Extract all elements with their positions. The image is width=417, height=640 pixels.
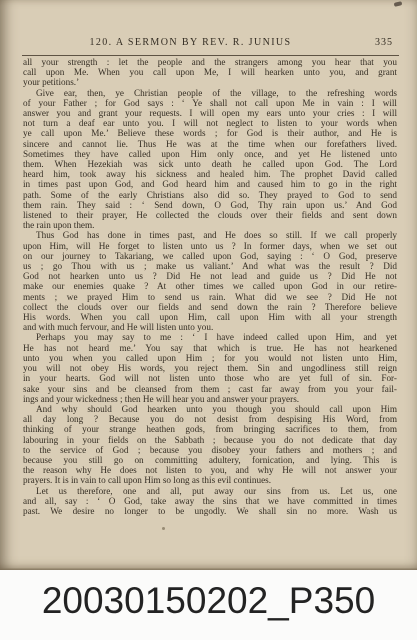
- scanned-page-image: 120. A SERMON BY REV. R. JUNIUS 335 all …: [0, 0, 417, 640]
- text-line: sincere and cannot lie. Thus He was at t…: [23, 139, 397, 149]
- text-line: make our enemies quake ? At other times …: [23, 281, 397, 291]
- text-line: because you still go on committing adult…: [23, 455, 397, 465]
- text-line: and with much fervour, and He will liste…: [23, 322, 397, 332]
- text-line: and all, say : ‘ O God, take away the si…: [23, 496, 397, 506]
- text-line: ye call upon Me.’ Believe these words ; …: [23, 128, 397, 138]
- scan-id-caption: 20030150202_P350: [42, 580, 375, 622]
- text-line: Thus God has done in times past, and He …: [23, 230, 397, 240]
- paper-speck-icon: [394, 1, 403, 7]
- text-line: prayers. It is in vain to call upon Him …: [23, 475, 397, 485]
- text-line: path. Some of the early Christians also …: [23, 190, 397, 200]
- book-page: 120. A SERMON BY REV. R. JUNIUS 335 all …: [0, 0, 417, 570]
- text-line: Let us therefore, one and all, put away …: [23, 486, 397, 496]
- text-line: you will not obey His words, you reject …: [23, 363, 397, 373]
- text-line: collect the clouds over our fields and s…: [23, 302, 397, 312]
- text-line: answer you and grant your requests. I wi…: [23, 108, 397, 118]
- text-line: ments ; we prayed Him to send us rain. W…: [23, 292, 397, 302]
- text-line: all your strength : let the people and t…: [23, 57, 397, 67]
- text-line: the reason why He does not listen to you…: [23, 465, 397, 475]
- text-line: heard him, took away his sickness and he…: [23, 169, 397, 179]
- text-line: unto you when you called upon Him ; for …: [23, 353, 397, 363]
- text-line: in times past upon God, and God heard hi…: [23, 179, 397, 189]
- text-line: And why should God hearken unto you thou…: [23, 404, 397, 414]
- text-line: upon Him, will He forget to listen unto …: [23, 241, 397, 251]
- text-line: listened to their prayer, He collected t…: [23, 210, 397, 220]
- text-line: the rain upon them.: [23, 220, 397, 230]
- text-line: to the service of God ; because you diso…: [23, 445, 397, 455]
- page-number: 335: [375, 37, 393, 48]
- sermon-body-text: all your strength : let the people and t…: [23, 57, 397, 516]
- text-line: thinking of your strange heathen gods, f…: [23, 424, 397, 434]
- text-line: your petitions.’: [23, 77, 397, 87]
- text-line: His words. When you call upon Him, call …: [23, 312, 397, 322]
- text-line: call upon Me. When you call upon Me, I w…: [23, 67, 397, 77]
- text-line: ings and your wickedness ; then He will …: [23, 394, 397, 404]
- text-line: us ; go Thou with us ; make us valiant.’…: [23, 261, 397, 271]
- text-line: Sometimes they have called upon Him only…: [23, 149, 397, 159]
- text-line: Perhaps you may say to me : ‘ I have ind…: [23, 332, 397, 342]
- text-line: past. We desire no longer to be ungodly.…: [23, 506, 397, 516]
- text-line: sake your sins and be cleansed from them…: [23, 384, 397, 394]
- running-header: 120. A SERMON BY REV. R. JUNIUS 335: [22, 36, 399, 56]
- text-line: on our journey to Takariang, we called u…: [23, 251, 397, 261]
- text-line: them. When Hezekiah was sick unto death …: [23, 159, 397, 169]
- running-title: 120. A SERMON BY REV. R. JUNIUS: [89, 37, 291, 48]
- text-line: not turn a deaf ear unto you. I will not…: [23, 118, 397, 128]
- text-line: God not hearken unto us ? Did He not lea…: [23, 271, 397, 281]
- text-line: all day long ? Because you do not desist…: [23, 414, 397, 424]
- paper-speck-icon: [162, 527, 165, 530]
- text-line: labouring in your fields on the Sabbath …: [23, 435, 397, 445]
- text-line: in your hearts. God will not listen unto…: [23, 373, 397, 383]
- text-line: them rain. They said : ‘ Send down, O Go…: [23, 200, 397, 210]
- scan-footer-strip: 20030150202_P350: [0, 570, 417, 640]
- text-line: of your Father ; for God says : ‘ Ye sha…: [23, 98, 397, 108]
- text-line: He has not heard me.’ You say that which…: [23, 343, 397, 353]
- text-line: Give ear, then, ye Christian people of t…: [23, 88, 397, 98]
